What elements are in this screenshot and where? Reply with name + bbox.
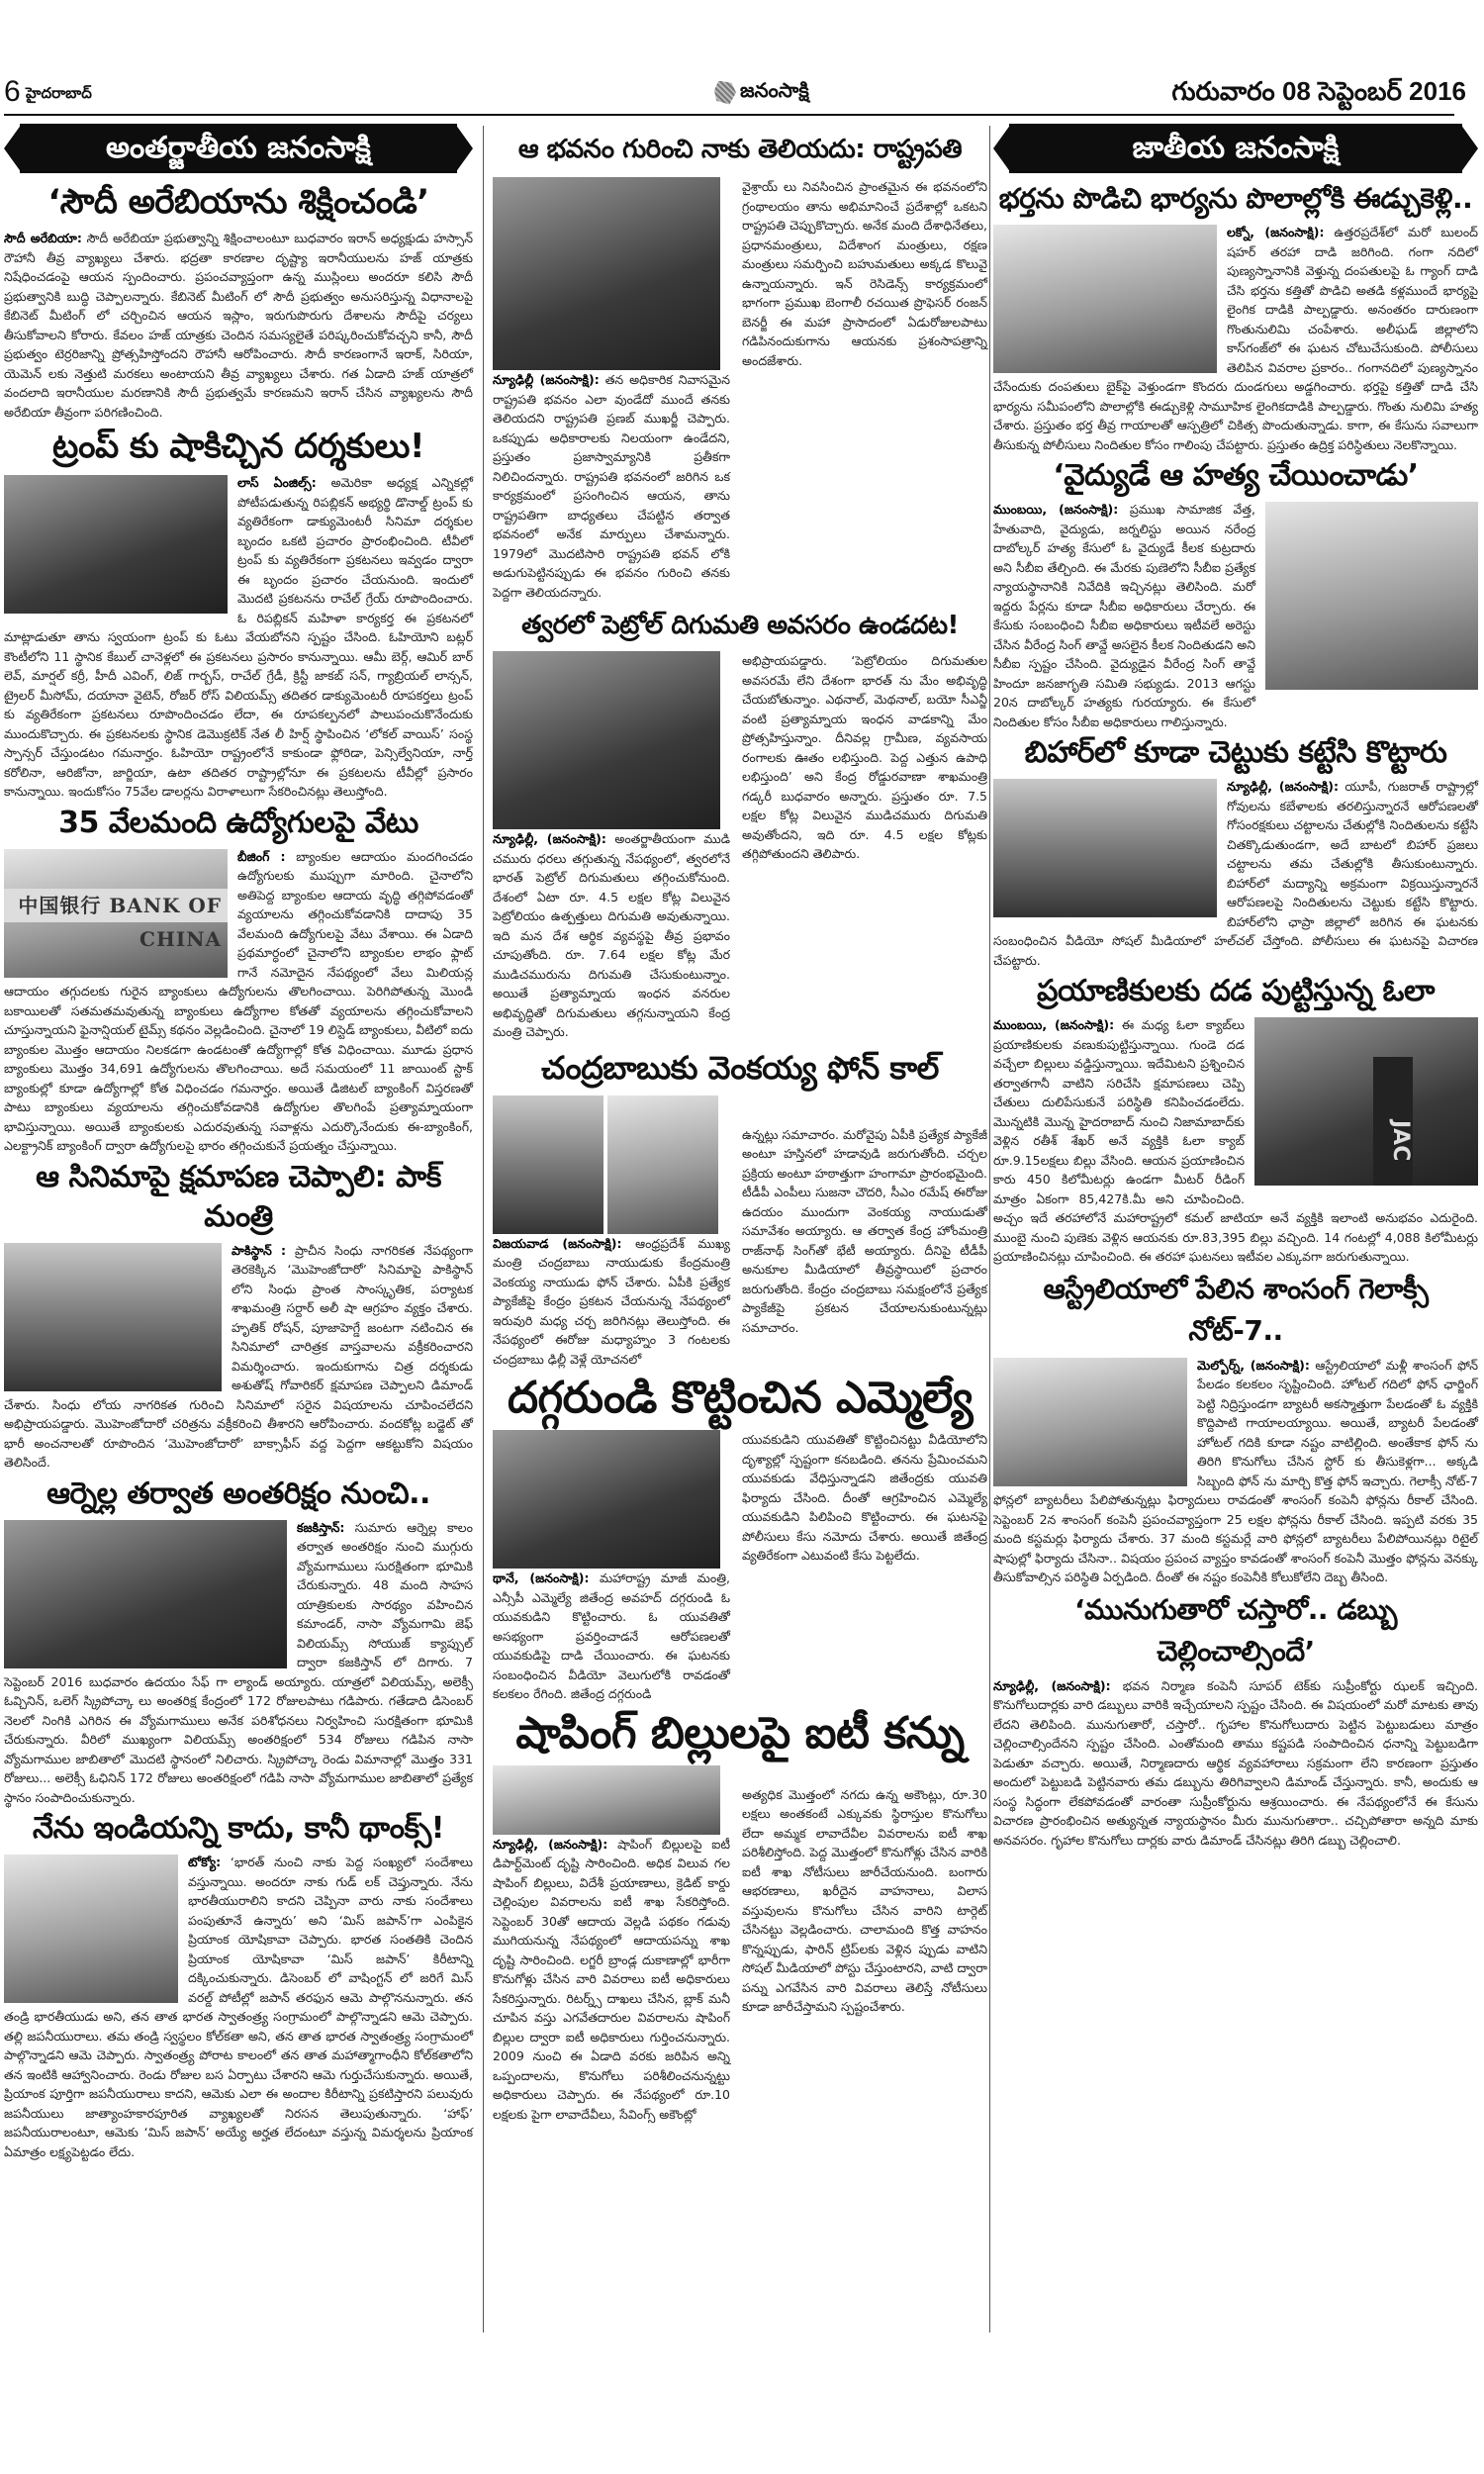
story-headline: షాపింగ్ బిల్లులపై ఐటీ కన్ను [493, 1706, 987, 1761]
news-story: త్వరలో పెట్రోల్ దిగుమతి అవసరం ఉండదట! న్య… [493, 604, 987, 1042]
news-story: ట్రంప్ కు షాకిచ్చిన దర్శకులు! లాస్ ఏంజిల… [4, 424, 473, 802]
story-body-continued: ఉన్నట్లు సమాచారం. మరోవైపు ఏపీకి ప్రత్యేక… [742, 1095, 987, 1370]
ola-cab-meter-photo: JAC [1254, 1017, 1478, 1186]
story-headline: ఆస్ట్రేలియాలో పేలిన శాంసంగ్ గెలాక్సీ నోట… [993, 1269, 1478, 1352]
news-story: నేను ఇండియన్ని కాదు, కానీ థాంక్స్! టోక్య… [4, 1809, 473, 2161]
news-story: ‘వైద్యుడే ఆ హత్య చేయించాడు’ ముంబయి, (జనం… [993, 456, 1478, 731]
story-body-continued: వైశ్రాయ్ లు నివసించిన ప్రాంతమైన ఈ భవనంలో… [742, 177, 987, 602]
story-headline: ‘వైద్యుడే ఆ హత్య చేయించాడు’ [993, 456, 1478, 496]
news-story: ఆ సినిమాపై క్షమాపణ చెప్పాలి: పాక్ మంత్రి… [4, 1158, 473, 1473]
news-story: షాపింగ్ బిల్లులపై ఐటీ కన్ను న్యూఢిల్లీ, … [493, 1706, 987, 2125]
shopping-bills-photo [493, 1765, 720, 1835]
column-divider [483, 126, 484, 2332]
bank-sign-text: 中国银行 BANK OF CHINA [4, 889, 228, 922]
story-dateline: ముంబయి, (జనంసాక్షి): [993, 1017, 1114, 1032]
news-story: బిహార్‌లో కూడా చెట్టుకు కట్టేసి కొట్టారు… [993, 733, 1478, 970]
newspaper-logo: జనంసాక్షి [714, 78, 809, 107]
bank-of-china-photo: 中国银行 BANK OF CHINA [4, 849, 228, 978]
burnt-galaxy-note7-photo [993, 1358, 1187, 1486]
news-story: ఆర్నెల్ల తర్వాత అంతరిక్షం నుంచి.. కజకిస్… [4, 1475, 473, 1808]
astronauts-landing-photo [4, 1520, 287, 1668]
story-dateline: న్యూఢిల్లీ (జనంసాక్షి): [493, 372, 600, 387]
story-dateline: థానే, (జనంసాక్షి): [493, 1570, 589, 1585]
story-headline: త్వరలో పెట్రోల్ దిగుమతి అవసరం ఉండదట! [493, 604, 987, 647]
story-headline: ‘మునుగుతారో చస్తారో.. డబ్బు చెల్లించాల్స… [993, 1589, 1478, 1672]
story-dateline: లాస్ ఏంజిల్స్: [237, 475, 317, 490]
story-body-continued: అత్యధిక మొత్తంలో నగదు ఉన్న అకౌంట్లు, రూ.… [742, 1765, 987, 2125]
news-story: ప్రయాణికులకు దడ పుట్టిస్తున్న ఓలా JAC ము… [993, 972, 1478, 1267]
nitin-gadkari-photo [493, 651, 720, 829]
venkaiah-naidu-photo [493, 1095, 603, 1234]
story-body: సౌదీ అరేబియా: సౌదీ అరేబియా ప్రభుత్వాన్ని… [4, 229, 473, 422]
news-story: ఆస్ట్రేలియాలో పేలిన శాంసంగ్ గెలాక్సీ నోట… [993, 1269, 1478, 1587]
column-divider [989, 126, 990, 2332]
news-story: భర్తను పొడిచి భార్యను పొలాల్లోకి ఈడ్చుకె… [993, 179, 1478, 454]
news-story: ‘మునుగుతారో చస్తారో.. డబ్బు చెల్లించాల్స… [993, 1589, 1478, 1851]
story-body-continued: యువకుడిని యువతితో కొట్టించినట్టు వీడియోల… [742, 1430, 987, 1704]
story-headline: భర్తను పొడిచి భార్యను పొలాల్లోకి ఈడ్చుకె… [993, 179, 1478, 219]
story-headline: చంద్రబాబుకు వెంకయ్య ఫోన్ కాల్ [493, 1044, 987, 1092]
story-headline: ట్రంప్ కు షాకిచ్చిన దర్శకులు! [4, 424, 473, 469]
news-story: ‘సౌదీ అరేబియాను శిక్షించండి’ సౌదీ అరేబియ… [4, 179, 473, 422]
story-dateline: న్యూఢిల్లీ, (జనంసాక్షి): [1227, 779, 1339, 794]
story-body: న్యూఢిల్లీ, (జనంసాక్షి): అంతర్జాతీయంగా మ… [493, 829, 730, 1042]
story-headline: నేను ఇండియన్ని కాదు, కానీ థాంక్స్! [4, 1809, 473, 1849]
edition-city: హైదరాబాద్ [26, 84, 92, 106]
police-dog-investigation-photo [993, 225, 1217, 373]
newspaper-page: 6 హైదరాబాద్ జనంసాక్షి గురువారం 08 సెప్టె… [0, 74, 1484, 2410]
national-section: జాతీయ జనంసాక్షి భర్తను పొడిచి భార్యను పొ… [993, 124, 1478, 1850]
section-banner: అంతర్జాతీయ జనంసాక్షి [20, 124, 457, 173]
news-story: చంద్రబాబుకు వెంకయ్య ఫోన్ కాల్ విజయవాడ (జ… [493, 1044, 987, 1370]
issue-date: గురువారం 08 సెప్టెంబర్ 2016 [1171, 76, 1466, 113]
story-body: న్యూఢిల్లీ, (జనంసాక్షి): భవన నిర్మాణ కంప… [993, 1676, 1478, 1851]
news-story: దగ్గరుండి కొట్టించిన ఎమ్మెల్యే థానే, (జన… [493, 1371, 987, 1704]
main-section: ఆ భవనం గురించి నాకు తెలియదు: రాష్ట్రపతి … [493, 124, 987, 2124]
story-body: న్యూఢిల్లీ, (జనంసాక్షి): షాపింగ్ బిల్లుల… [493, 1835, 730, 2125]
story-dateline: సౌదీ అరేబియా: [4, 231, 82, 245]
chandrababu-naidu-photo [607, 1095, 718, 1234]
logo-text: జనంసాక్షి [740, 78, 809, 107]
story-dateline: ముంబయి, (జనంసాక్షి): [993, 502, 1118, 517]
story-dateline: న్యూఢిల్లీ, (జనంసాక్షి): [993, 1678, 1111, 1693]
story-dateline: కజకిస్తాన్: [297, 1520, 344, 1535]
story-dateline: న్యూఢిల్లీ, (జనంసాక్షి): [493, 831, 606, 846]
man-tied-to-tree-photo [993, 779, 1217, 917]
story-dateline: పాకిస్థాన్ : [232, 1243, 286, 1258]
masthead: 6 హైదరాబాద్ జనంసాక్షి గురువారం 08 సెప్టె… [0, 74, 1484, 116]
section-banner: జాతీయ జనంసాక్షి [1009, 124, 1462, 173]
donald-trump-photo [4, 475, 228, 614]
story-headline: ఆర్నెల్ల తర్వాత అంతరిక్షం నుంచి.. [4, 1475, 473, 1514]
story-headline: ‘సౌదీ అరేబియాను శిక్షించండి’ [4, 179, 473, 225]
pranab-mukherjee-photo [493, 177, 720, 370]
page-number: 6 [4, 74, 21, 110]
news-story: 35 వేలమంది ఉద్యోగులపై వేటు 中国银行 BANK OF … [4, 804, 473, 1156]
mla-video-still [493, 1430, 720, 1569]
news-story: ఆ భవనం గురించి నాకు తెలియదు: రాష్ట్రపతి … [493, 126, 987, 602]
narendra-dabholkar-photo [1265, 502, 1478, 690]
miss-japan-photo [4, 1855, 178, 2003]
story-body: న్యూఢిల్లీ (జనంసాక్షి): తన అధికారిక నివా… [493, 370, 730, 602]
story-body: థానే, (జనంసాక్షి): మహారాష్ట్ర మాజీ మంత్ర… [493, 1569, 730, 1704]
international-section: అంతర్జాతీయ జనంసాక్షి ‘సౌదీ అరేబియాను శిక… [4, 124, 473, 2161]
story-body: విజయవాడ (జనంసాక్షి): ఆంధ్రప్రదేశ్ ముఖ్య … [493, 1234, 730, 1370]
story-dateline: లక్నో, (జనంసాక్షి): [1227, 225, 1324, 239]
story-headline: ఆ సినిమాపై క్షమాపణ చెప్పాలి: పాక్ మంత్రి [4, 1158, 473, 1237]
story-headline: బిహార్‌లో కూడా చెట్టుకు కట్టేసి కొట్టారు [993, 733, 1478, 773]
story-headline: ఆ భవనం గురించి నాకు తెలియదు: రాష్ట్రపతి [493, 126, 987, 173]
story-dateline: టోక్యో: [188, 1855, 221, 1869]
story-dateline: మెల్బోర్న్, (జనంసాక్షి): [1197, 1358, 1310, 1373]
story-headline: 35 వేలమంది ఉద్యోగులపై వేటు [4, 804, 473, 843]
story-body-continued: అభిప్రాయపడ్డారు. ‘పెట్రోలియం దిగుమతుల అవ… [742, 651, 987, 1042]
story-dateline: బీజింగ్ : [237, 849, 286, 864]
mohenjo-daro-film-still [4, 1243, 222, 1391]
vehicle-brand-label: JAC [1373, 1057, 1413, 1186]
story-headline: ప్రయాణికులకు దడ పుట్టిస్తున్న ఓలా [993, 972, 1478, 1011]
telangana-map-icon [714, 81, 736, 105]
story-headline: దగ్గరుండి కొట్టించిన ఎమ్మెల్యే [493, 1371, 987, 1426]
masthead-rule [4, 114, 1454, 116]
story-dateline: న్యూఢిల్లీ, (జనంసాక్షి): [493, 1837, 607, 1852]
story-dateline: విజయవాడ (జనంసాక్షి): [493, 1236, 622, 1251]
